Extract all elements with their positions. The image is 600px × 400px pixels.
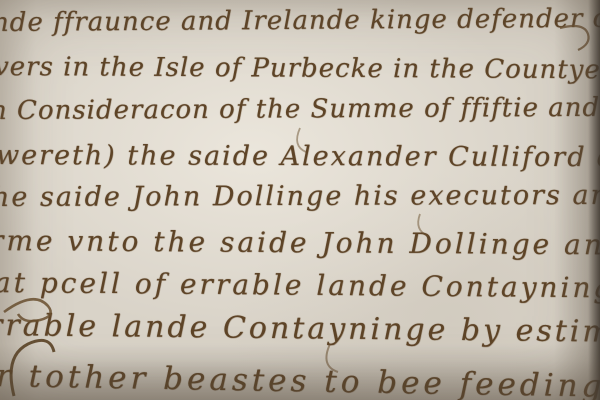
manuscript-line-5: he saide John Dollinge his executors and… — [0, 179, 600, 213]
manuscript-photo: nde ffraunce and Irelande kinge defender… — [0, 0, 600, 400]
manuscript-line-3: n Consideracon of the Summe of ffiftie a… — [0, 92, 600, 126]
manuscript-line-2: vers in the Isle of Purbecke in the Coun… — [0, 52, 600, 86]
manuscript-line-6: rme vnto the saide John Dollinge and his… — [0, 224, 600, 263]
manuscript-line-1: nde ffraunce and Irelande kinge defender… — [0, 3, 600, 38]
manuscript-line-9: r tother beastes to bee feedinge — [0, 358, 600, 400]
manuscript-line-4: wereth) the saide Alexander Culliford do… — [0, 140, 600, 174]
manuscript-line-7: at pcell of errable lande Contayninge by… — [0, 266, 600, 306]
manuscript-line-8: rrable lande Contayninge by estimacon on… — [0, 308, 600, 352]
